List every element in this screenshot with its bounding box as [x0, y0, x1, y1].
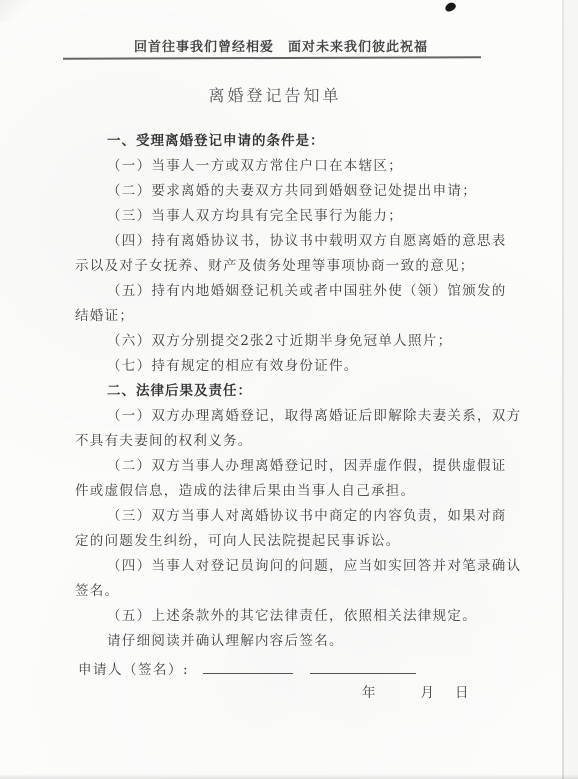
scanned-document-page: 回首往事我们曾经相爱 面对未来我们彼此祝福 离婚登记告知单 一、受理离婚登记申请…	[0, 0, 578, 779]
date-year-label: 年	[362, 685, 376, 701]
text-line: （四）持有离婚协议书，协议书中载明双方自愿离婚的意思表	[75, 229, 505, 254]
text-line: 结婚证；	[75, 304, 505, 329]
text-line: 示以及对子女抚养、财产及债务处理等事项协商一致的意见；	[75, 254, 505, 279]
text-line: （一）双方办理离婚登记，取得离婚证后即解除夫妻关系，双方	[75, 404, 505, 429]
text-line: （一）当事人一方或双方常住户口在本辖区；	[75, 154, 505, 179]
scan-bottom-edge-shadow	[0, 774, 578, 779]
text-line: （五）上述条款外的其它法律责任，依照相关法律规定。	[75, 604, 505, 629]
document-title: 离婚登记告知单	[0, 83, 550, 106]
text-line: 件或虚假信息，造成的法律后果由当事人自己承担。	[75, 479, 505, 504]
scan-right-edge-line	[562, 0, 564, 779]
date-month-label: 月	[421, 685, 435, 701]
date-row: 年月日	[75, 681, 515, 706]
text-line: （七）持有规定的相应有效身份证件。	[75, 354, 505, 379]
date-day-label: 日	[455, 685, 469, 701]
text-line: （四）当事人对登记员询问的问题，应当如实回答并对笔录确认	[75, 554, 505, 579]
text-line: 定的问题发生纠纷，可向人民法院提起民事诉讼。	[75, 529, 505, 554]
text-line: （六）双方分别提交2张2寸近期半身免冠单人照片；	[75, 329, 505, 354]
scan-corner-shadow	[0, 0, 30, 22]
text-line: 不具有夫妻间的权利义务。	[75, 429, 505, 454]
signature-row: 申请人（签名）:	[78, 658, 538, 683]
text-line: （五）持有内地婚姻登记机关或者中国驻外使（领）馆颁发的	[75, 279, 505, 304]
text-line: （三）当事人双方均具有完全民事行为能力；	[75, 204, 505, 229]
ink-speck-artifact	[444, 1, 457, 12]
header-rule-line	[63, 56, 481, 59]
text-line: 二、法律后果及责任：	[75, 379, 505, 404]
scan-right-strip	[564, 0, 578, 779]
applicant-signature-label: 申请人（签名）:	[78, 662, 189, 678]
document-body: 一、受理离婚登记申请的条件是：（一）当事人一方或双方常住户口在本辖区；（二）要求…	[75, 129, 505, 654]
signature-blank-line-1	[203, 661, 293, 674]
text-line: （三）双方当事人对离婚协议书中商定的内容负责，如果对商	[75, 504, 505, 529]
text-line: 签名。	[75, 579, 505, 604]
text-line: 一、受理离婚登记申请的条件是：	[75, 129, 505, 154]
text-line: （二）要求离婚的夫妻双方共同到婚姻登记处提出申请；	[75, 179, 505, 204]
text-line: 请仔细阅读并确认理解内容后签名。	[75, 629, 505, 654]
text-line: （二）双方当事人办理离婚登记时，因弄虚作假，提供虚假证	[75, 454, 505, 479]
signature-blank-line-2	[310, 661, 416, 674]
header-motto: 回首往事我们曾经相爱 面对未来我们彼此祝福	[0, 36, 562, 55]
